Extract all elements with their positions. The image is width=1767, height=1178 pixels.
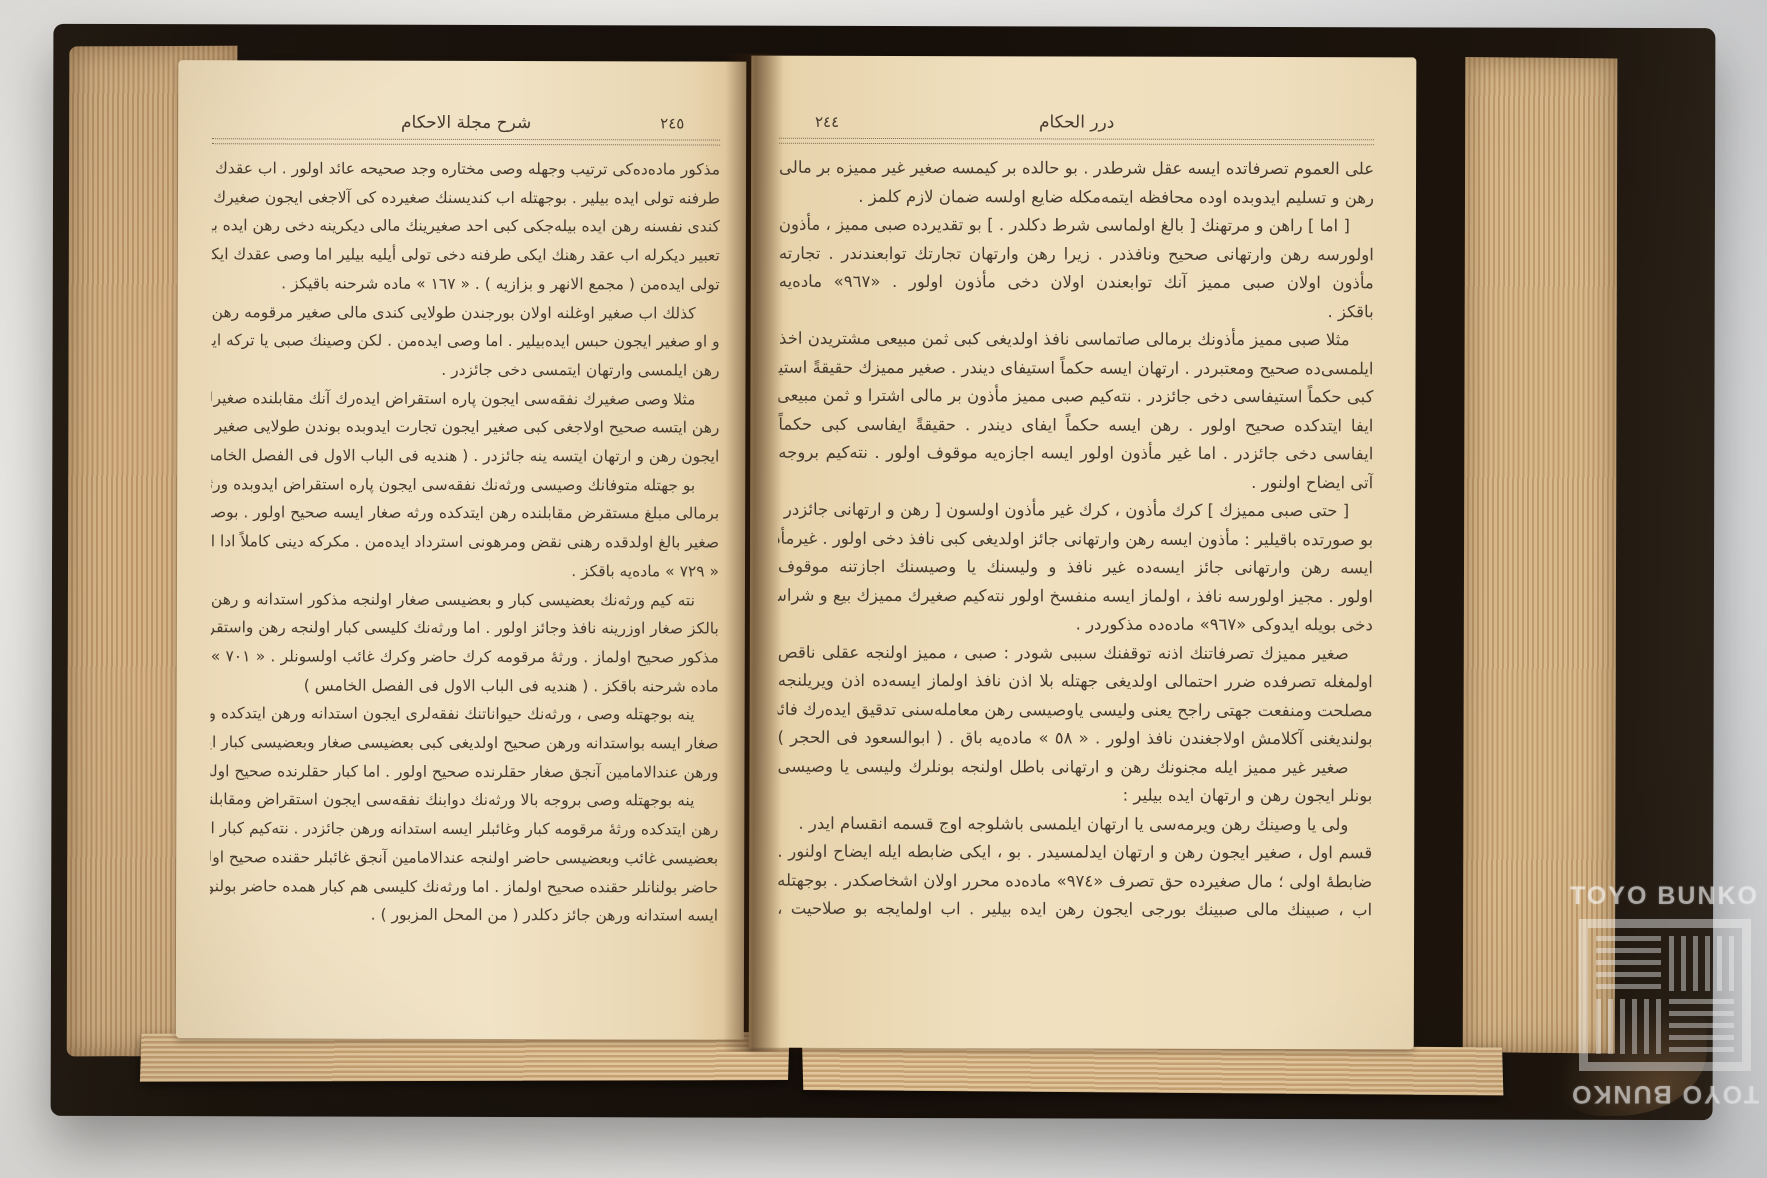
text-line: صغير غير مميز ايله مجنونك رهن و ارتهانى … <box>777 752 1372 782</box>
text-line: [ اما ] راهن و مرتهنك [ بالغ اولماسى شرط… <box>779 211 1374 241</box>
right-header-rule <box>779 138 1374 146</box>
text-line: ايجون رهن و ارتهان ايتسه ينه جائزدر . ( … <box>211 441 719 471</box>
text-line: تعبير ديكرله اب عقد رهنك ايكى طرفنه دخى … <box>212 240 720 270</box>
text-line: مأذون اولان صبى مميز آنك توابعندن اولان … <box>779 268 1374 298</box>
left-page-header: ٢٤٥ شرح مجلة الاحكام <box>212 112 720 133</box>
text-line: رهن ايلمسى وارتهان ايتمسى دخى جائزدر . <box>211 355 719 385</box>
text-line: « ٧٢٩ » ماده‌يه باقكز . <box>211 556 719 586</box>
text-line: رهن و تسليم ايدوبده اوده محافظه ايتمه‌مك… <box>779 182 1374 212</box>
text-line: بعضيسى غائب وبعضيسى حاضر اولنجه عندالاما… <box>210 843 718 873</box>
text-line: مثلا صبى مميز مأذونك برمالى صاتماسى نافذ… <box>779 325 1374 355</box>
text-line: بونلر ايجون رهن و ارتهان ايده بيلير : <box>777 781 1372 811</box>
text-line: بو صورتده باقيلير : مأذون ايسه رهن وارته… <box>778 524 1373 554</box>
right-page-text: على العموم تصرفاتده ايسه عقل شرطدر . بو … <box>777 154 1374 925</box>
text-line: ينه بوجهتله وصى ، ورثه‌نك حيواناتنك نفقه… <box>211 700 719 730</box>
text-line: قسم اول ، صغير ايجون رهن و ارتهان ايدلمس… <box>777 838 1372 868</box>
text-line: صغار ايسه بواستدانه ورهن صحيح اولديغى كب… <box>211 728 719 758</box>
left-header-rule <box>212 138 720 145</box>
right-page-number: ٢٤٤ <box>779 113 839 131</box>
text-line: ايسه رهن وارتهانى جائز ايسه‌ده غير نافذ … <box>778 553 1373 583</box>
right-page: درر الحكام ٢٤٤ على العموم تصرفاتده ايسه … <box>749 56 1417 1050</box>
right-page-title: درر الحكام <box>1039 112 1114 132</box>
text-line: ولى يا وصينك رهن ويرمه‌سى يا ارتهان ايلم… <box>777 809 1372 839</box>
text-line: مصلحت ومنفعت جهتى راجح يعنى وليسى ياوصيس… <box>778 695 1373 725</box>
text-line: على العموم تصرفاتده ايسه عقل شرطدر . بو … <box>779 154 1374 184</box>
text-line: برمالى مبلغ مستقرض مقابلنده رهن ايتدكده … <box>211 499 719 529</box>
text-line: رهن ايتسه صحيح اولاجغى كبى صغير ايجون تج… <box>211 413 719 443</box>
text-line: بو جهتله متوفانك وصيسى ورثه‌نك نفقه‌سى ا… <box>211 470 719 500</box>
text-line: صغير مميزك تصرفاتنك اذنه توقفنك سببى شود… <box>778 638 1373 668</box>
text-line: ايفا ايتدكده صحيح اولور . رهن ايسه حكماً… <box>778 410 1373 440</box>
right-page-bottom-edges <box>802 1042 1503 1096</box>
text-line: بالكز صغار اوزرينه نافذ وجائز اولور . ام… <box>211 613 719 643</box>
left-page-number: ٢٤٥ <box>660 114 720 132</box>
text-line: اولورسه رهن وارتهانى صحيح ونافذدر . زيرا… <box>779 239 1374 269</box>
text-line: كذلك اب صغير اوغلنه اولان بورجندن طولايى… <box>212 298 720 328</box>
left-page-title: شرح مجلة الاحكام <box>401 113 531 133</box>
text-line: اولمغله تصرفده ضرر احتمالى اولديغى جهتله… <box>778 667 1373 697</box>
text-line: [ حتى صبى مميزك ] كرك مأذون ، كرك غير مأ… <box>778 496 1373 526</box>
text-line: ينه بوجهتله وصى بروجه بالا ورثه‌نك دوابن… <box>210 786 718 816</box>
text-line: ضابطهٔ اولى ؛ مال صغيرده حق تصرف «٩٧٤» م… <box>777 866 1372 896</box>
text-line: كندى نفسنه رهن ايده بيله‌جكى كبى احد صغي… <box>212 212 720 242</box>
text-line: مذكور صحيح اولماز . ورثهٔ مرقومه كرك حاض… <box>211 642 719 672</box>
text-line: اولور . مجيز اولورسه نافذ ، اولماز ايسه … <box>778 581 1373 611</box>
text-line: باقكز . <box>779 296 1374 326</box>
text-line: مذكور ماده‌ده‌كى ترتيب وجهله وصى مختاره … <box>212 154 720 184</box>
text-line: حاضر بولنانلر حقنده صحيح اولماز . اما ور… <box>210 872 718 902</box>
text-line: ورهن عندالامامين آنجق صغار حقلرنده صحيح … <box>210 757 718 787</box>
text-line: ايلمسى‌ده صحيح ومعتبردر . ارتهان ايسه حك… <box>778 353 1373 383</box>
left-page: ٢٤٥ شرح مجلة الاحكام مذكور ماده‌ده‌كى تر… <box>176 60 747 1039</box>
text-line: كبى حكماً استيفاسى دخى جائزدر . نته‌كيم … <box>778 382 1373 412</box>
text-line: دخى بويله ايدوكى «٩٦٧» ماده‌ده مذكوردر . <box>778 610 1373 640</box>
text-line: اب ، صبينك مالى صبينك بورجى ايجون رهن اي… <box>777 895 1372 925</box>
right-page-header: درر الحكام ٢٤٤ <box>779 112 1374 134</box>
right-page-fore-edge <box>1463 57 1618 1053</box>
text-line: تولى ايده‌من ( مجمع الانهر و بزازيه ) . … <box>212 269 720 299</box>
text-line: رهن ايتدكده ورثهٔ مرقومه كبار وغائبلر اي… <box>210 814 718 844</box>
text-line: و او صغير ايجون حبس ايده‌بيلير . اما وصى… <box>212 326 720 356</box>
text-line: نته كيم ورثه‌نك بعضيسى كبار و بعضيسى صغا… <box>211 585 719 615</box>
text-line: ايسه استدانه ورهن جائز دكلدر ( من المحل … <box>210 901 718 931</box>
text-line: ماده شرحنه باقكز . ( هنديه فى الباب الاو… <box>211 671 719 701</box>
text-line: بولنديغنى آكلامش اولاجغندن نافذ اولور . … <box>778 724 1373 754</box>
left-page-text: مذكور ماده‌ده‌كى ترتيب وجهله وصى مختاره … <box>210 154 720 930</box>
photo-background: ٢٤٥ شرح مجلة الاحكام مذكور ماده‌ده‌كى تر… <box>0 0 1767 1178</box>
text-line: آتى ايضاح اولنور . <box>778 467 1373 497</box>
book-cover: ٢٤٥ شرح مجلة الاحكام مذكور ماده‌ده‌كى تر… <box>51 24 1716 1120</box>
text-line: صغير بالغ اولدقده رهنى نقض ومرهونى استرد… <box>211 527 719 557</box>
text-line: مثلا وصى صغيرك نفقه‌سى ايجون پاره استقرا… <box>211 384 719 414</box>
text-line: طرفنه تولى ايده بيلير . بوجهتله اب كنديس… <box>212 183 720 213</box>
text-line: ايفاسى دخى جائزدر . اما غير مأذون اولور … <box>778 439 1373 469</box>
